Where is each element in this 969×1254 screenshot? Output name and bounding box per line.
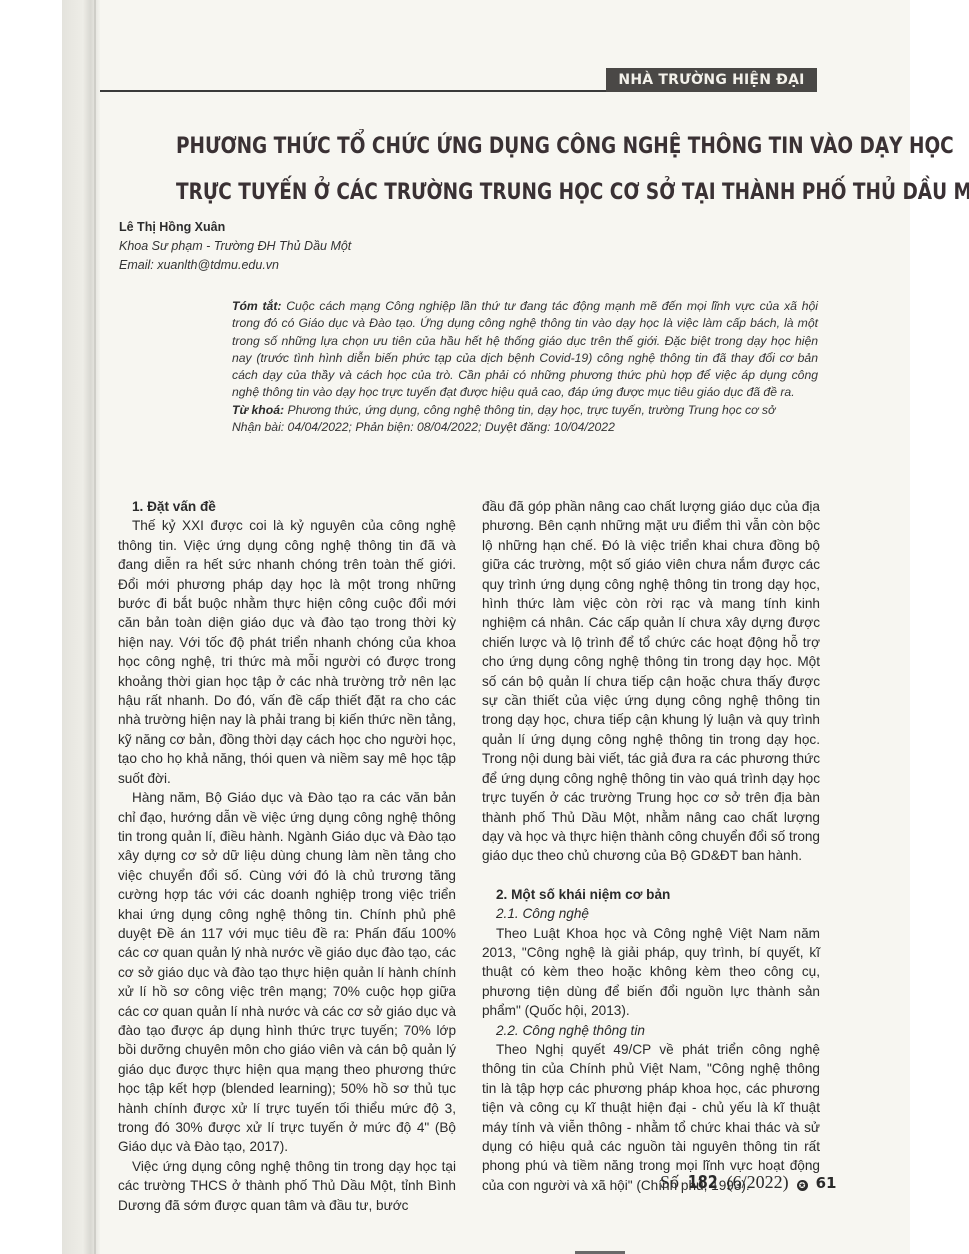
keywords: Từ khoá: Phương thức, ứng dụng, công ngh… (232, 402, 818, 419)
subheading-2-1: 2.1. Công nghệ (482, 904, 820, 923)
issue-date: (6/2022) (727, 1172, 789, 1193)
heading-section-1: 1. Đặt vấn đề (118, 497, 456, 516)
paragraph: Hàng năm, Bộ Giáo dục và Đào tạo ra các … (118, 788, 456, 1157)
paragraph: Thế kỷ XXI được coi là kỷ nguyên của côn… (118, 516, 456, 788)
title-line-1: PHƯƠNG THỨC TỔ CHỨC ỨNG DỤNG CÔNG NGHỆ T… (176, 124, 764, 170)
star-separator-icon: ✪ (797, 1180, 808, 1191)
page-number: 61 (816, 1174, 837, 1192)
gutter-divider (94, 0, 96, 1254)
author-email: Email: xuanlth@tdmu.edu.vn (119, 256, 351, 275)
article-title: PHƯƠNG THỨC TỔ CHỨC ỨNG DỤNG CÔNG NGHỆ T… (176, 124, 764, 216)
paragraph-continued: đầu đã góp phần nâng cao chất lượng giáo… (482, 497, 820, 866)
issue-prefix: Số (660, 1172, 679, 1193)
abstract-label: Tóm tắt: (232, 299, 281, 313)
paragraph: Việc ứng dụng công nghệ thông tin trong … (118, 1157, 456, 1215)
left-column: 1. Đặt vấn đề Thế kỷ XXI được coi là kỷ … (118, 497, 456, 1215)
title-line-2: TRỰC TUYẾN Ở CÁC TRƯỜNG TRUNG HỌC CƠ SỞ … (176, 170, 764, 216)
issue-number: 182 (688, 1172, 718, 1193)
abstract: Tóm tắt: Cuộc cách mạng Công nghiệp lần … (232, 298, 818, 402)
abstract-block: Tóm tắt: Cuộc cách mạng Công nghiệp lần … (232, 298, 818, 436)
keywords-text: Phương thức, ứng dụng, công nghệ thông t… (287, 403, 775, 417)
author-affiliation: Khoa Sư phạm - Trường ĐH Thủ Dầu Một (119, 237, 351, 256)
review-dates: Nhận bài: 04/04/2022; Phản biện: 08/04/2… (232, 419, 818, 436)
subheading-2-2: 2.2. Công nghệ thông tin (482, 1021, 820, 1040)
paragraph: Theo Luật Khoa học và Công nghệ Việt Nam… (482, 924, 820, 1021)
keywords-label: Từ khoá: (232, 403, 284, 417)
author-block: Lê Thị Hồng Xuân Khoa Sư phạm - Trường Đ… (119, 218, 351, 275)
page-footer: Số 182 (6/2022) ✪ 61 (660, 1172, 836, 1193)
section-tag: NHÀ TRƯỜNG HIỆN ĐẠI (606, 68, 817, 92)
spacer (482, 866, 820, 885)
author-name: Lê Thị Hồng Xuân (119, 218, 351, 237)
header-rule (100, 90, 610, 92)
right-column: đầu đã góp phần nâng cao chất lượng giáo… (482, 497, 820, 1195)
heading-section-2: 2. Một số khái niệm cơ bản (482, 885, 820, 904)
abstract-text: Cuộc cách mạng Công nghiệp lần thứ tư đa… (232, 299, 818, 399)
